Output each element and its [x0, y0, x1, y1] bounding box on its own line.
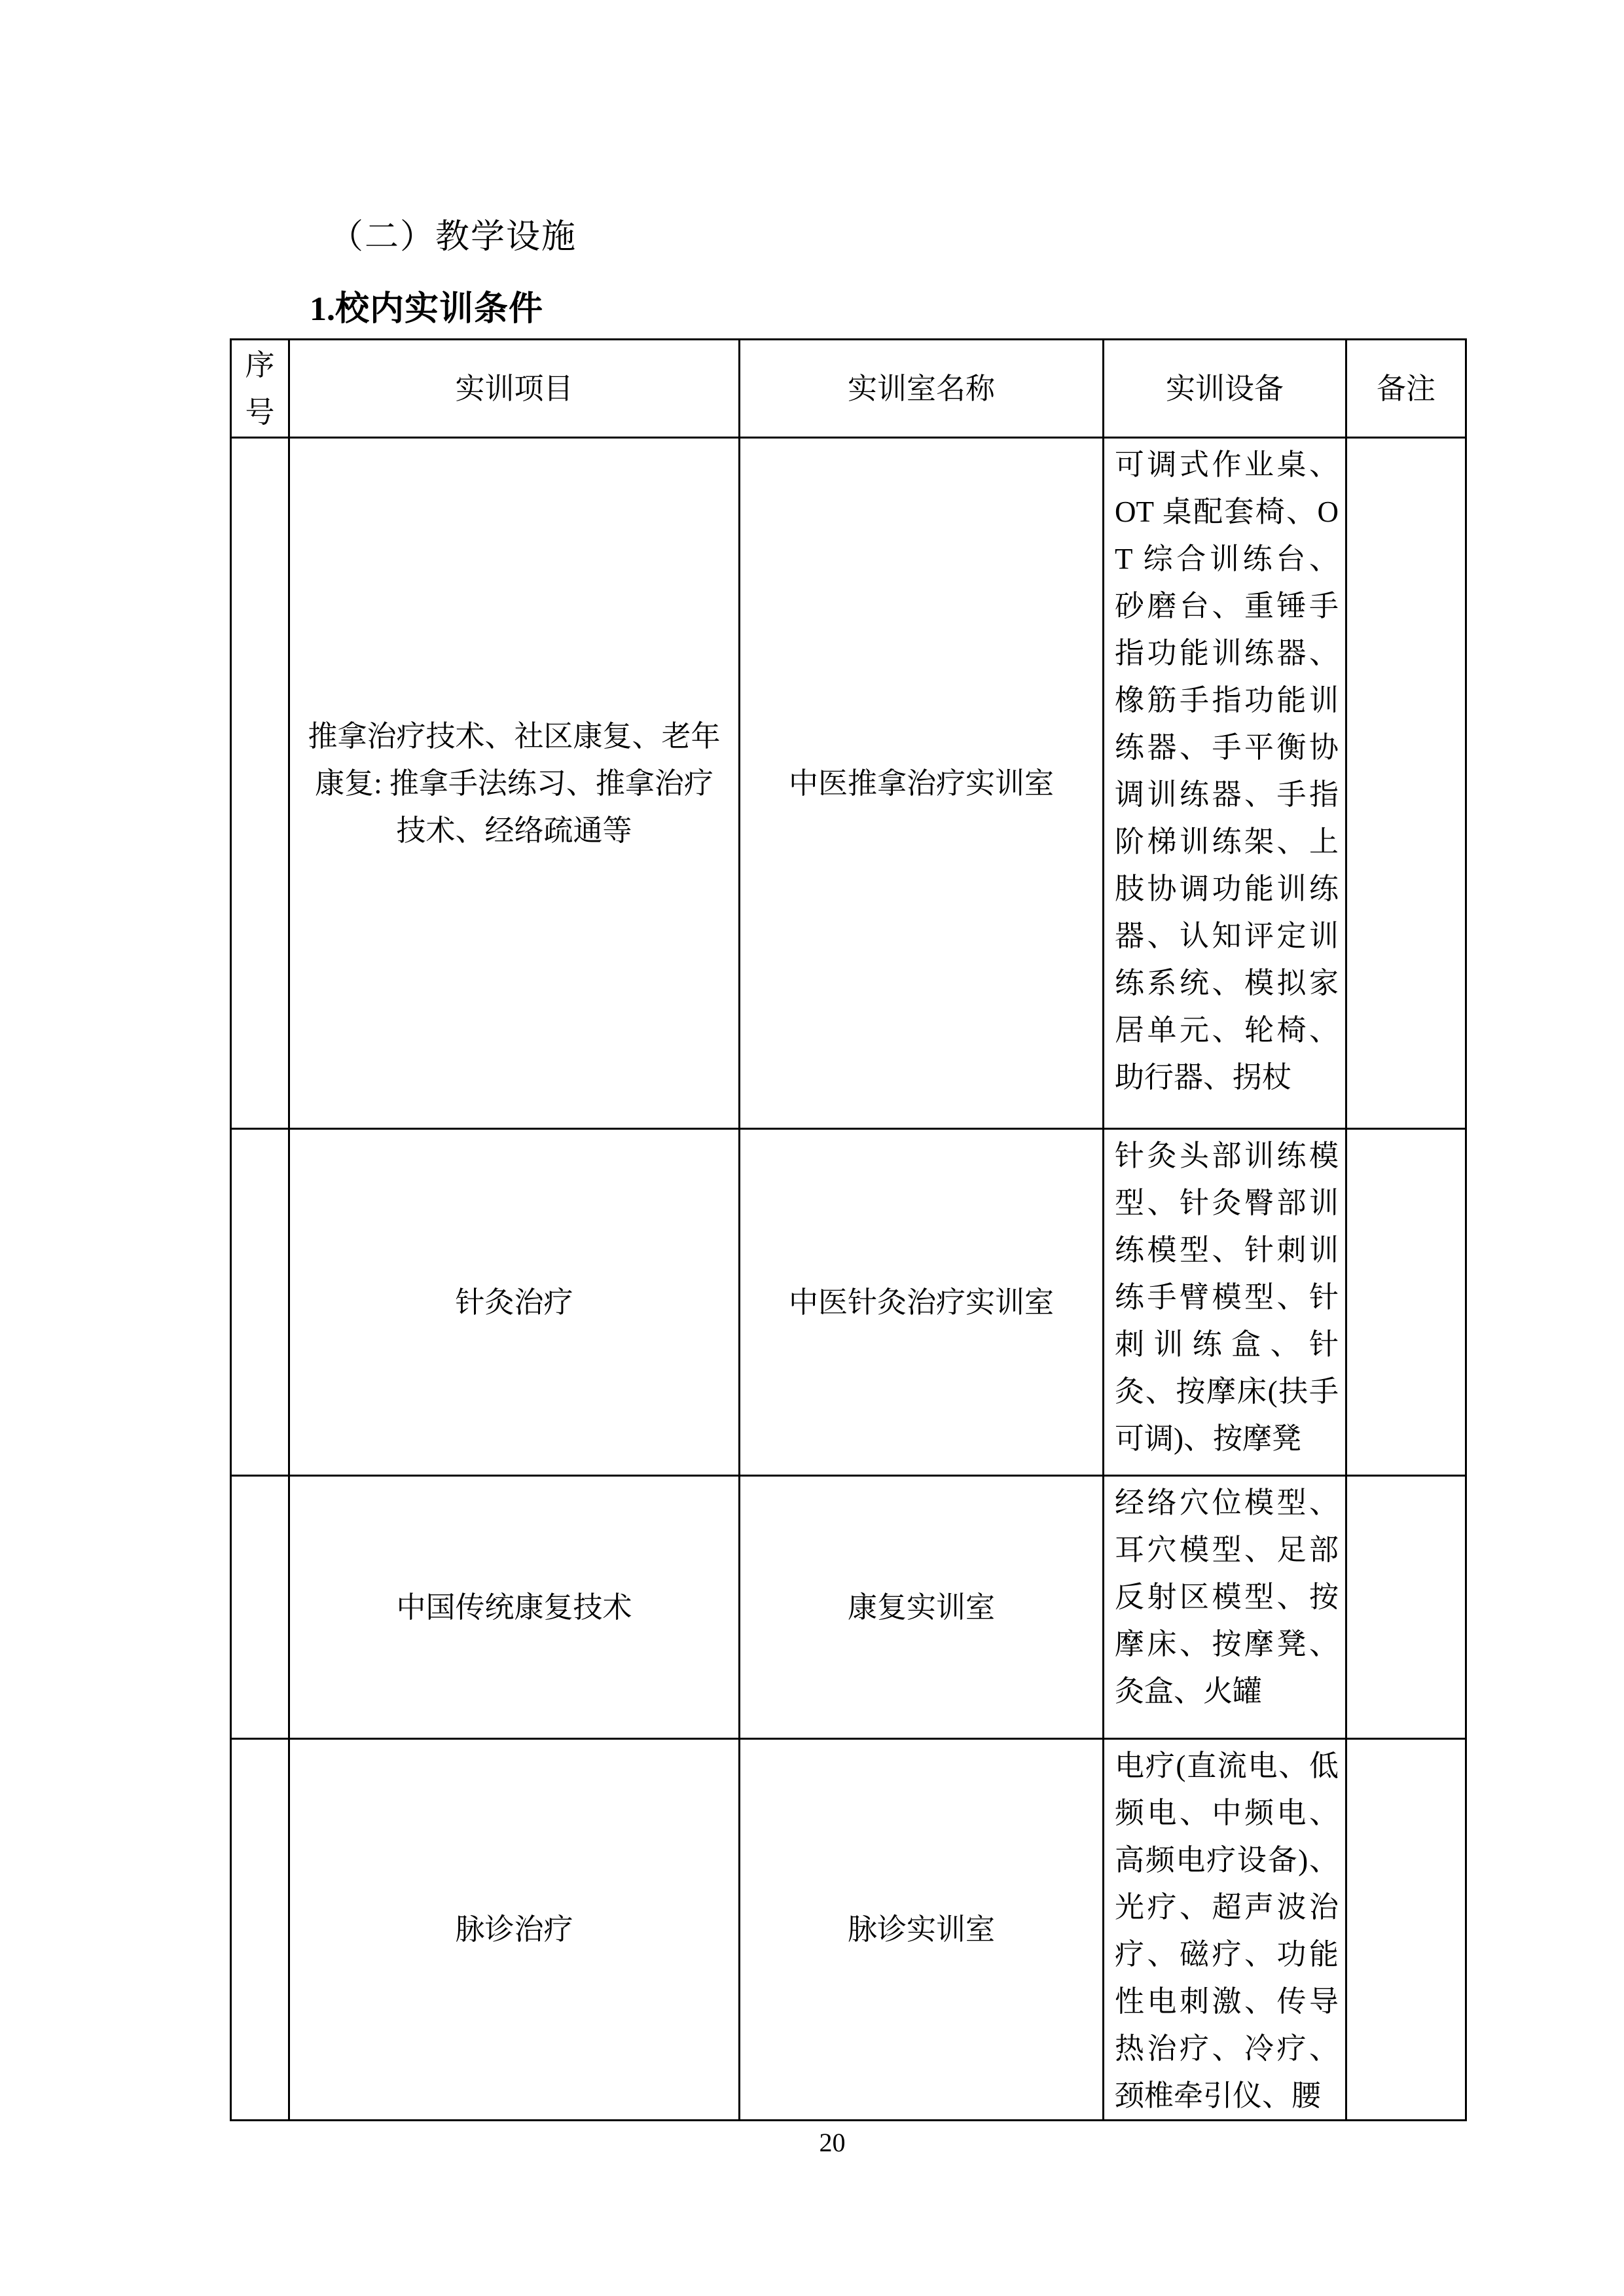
- col-header-equipment: 实训设备: [1104, 340, 1346, 438]
- subsection-number: 1.: [310, 291, 335, 328]
- page-number: 20: [0, 2128, 1624, 2157]
- cell-equipment: 针灸头部训练模型、针灸臀部训练模型、针刺训练手臂模型、针刺训练盒、针灸、按摩床(…: [1104, 1129, 1346, 1476]
- cell-room: 康复实训室: [740, 1476, 1104, 1739]
- cell-room: 脉诊实训室: [740, 1739, 1104, 2121]
- cell-equipment: 电疗(直流电、低频电、中频电、高频电疗设备)、光疗、超声波治疗、磁疗、功能性电刺…: [1104, 1739, 1346, 2121]
- section-heading: （二）教学设施: [329, 216, 577, 258]
- subsection-heading: 1.校内实训条件: [310, 289, 543, 330]
- table-row-3: 中国传统康复技术 康复实训室 经络穴位模型、耳穴模型、足部反射区模型、按摩床、按…: [231, 1476, 1466, 1739]
- cell-project: 脉诊治疗: [289, 1739, 740, 2121]
- col-header-project: 实训项目: [289, 340, 740, 438]
- cell-note: [1346, 438, 1466, 1129]
- cell-room: 中医推拿治疗实训室: [740, 438, 1104, 1129]
- cell-seq: [231, 438, 289, 1129]
- table-row-4: 脉诊治疗 脉诊实训室 电疗(直流电、低频电、中频电、高频电疗设备)、光疗、超声波…: [231, 1739, 1466, 2121]
- cell-seq: [231, 1739, 289, 2121]
- training-conditions-table: 序号 实训项目 实训室名称 实训设备 备注 推拿治疗技术、社区康复、老年康复: …: [230, 338, 1467, 2121]
- cell-project: 针灸治疗: [289, 1129, 740, 1476]
- cell-equipment: 可调式作业桌、OT 桌配套椅、OT 综合训练台、砂磨台、重锤手指功能训练器、橡筋…: [1104, 438, 1346, 1129]
- cell-note: [1346, 1739, 1466, 2121]
- cell-seq: [231, 1476, 289, 1739]
- document-page: （二）教学设施 1.校内实训条件 序号 实训项目 实训室名称 实训设备 备注 推…: [0, 0, 1624, 2296]
- col-header-note: 备注: [1346, 340, 1466, 438]
- col-header-room: 实训室名称: [740, 340, 1104, 438]
- cell-note: [1346, 1476, 1466, 1739]
- cell-project: 中国传统康复技术: [289, 1476, 740, 1739]
- table-row-2: 针灸治疗 中医针灸治疗实训室 针灸头部训练模型、针灸臀部训练模型、针刺训练手臂模…: [231, 1129, 1466, 1476]
- table-row-1: 推拿治疗技术、社区康复、老年康复: 推拿手法练习、推拿治疗技术、经络疏通等 中医…: [231, 438, 1466, 1129]
- cell-project: 推拿治疗技术、社区康复、老年康复: 推拿手法练习、推拿治疗技术、经络疏通等: [289, 438, 740, 1129]
- subsection-title: 校内实训条件: [335, 290, 543, 328]
- cell-equipment: 经络穴位模型、耳穴模型、足部反射区模型、按摩床、按摩凳、灸盒、火罐: [1104, 1476, 1346, 1739]
- cell-room: 中医针灸治疗实训室: [740, 1129, 1104, 1476]
- cell-seq: [231, 1129, 289, 1476]
- table-header-row: 序号 实训项目 实训室名称 实训设备 备注: [231, 340, 1466, 438]
- cell-note: [1346, 1129, 1466, 1476]
- col-header-seq: 序号: [231, 340, 289, 438]
